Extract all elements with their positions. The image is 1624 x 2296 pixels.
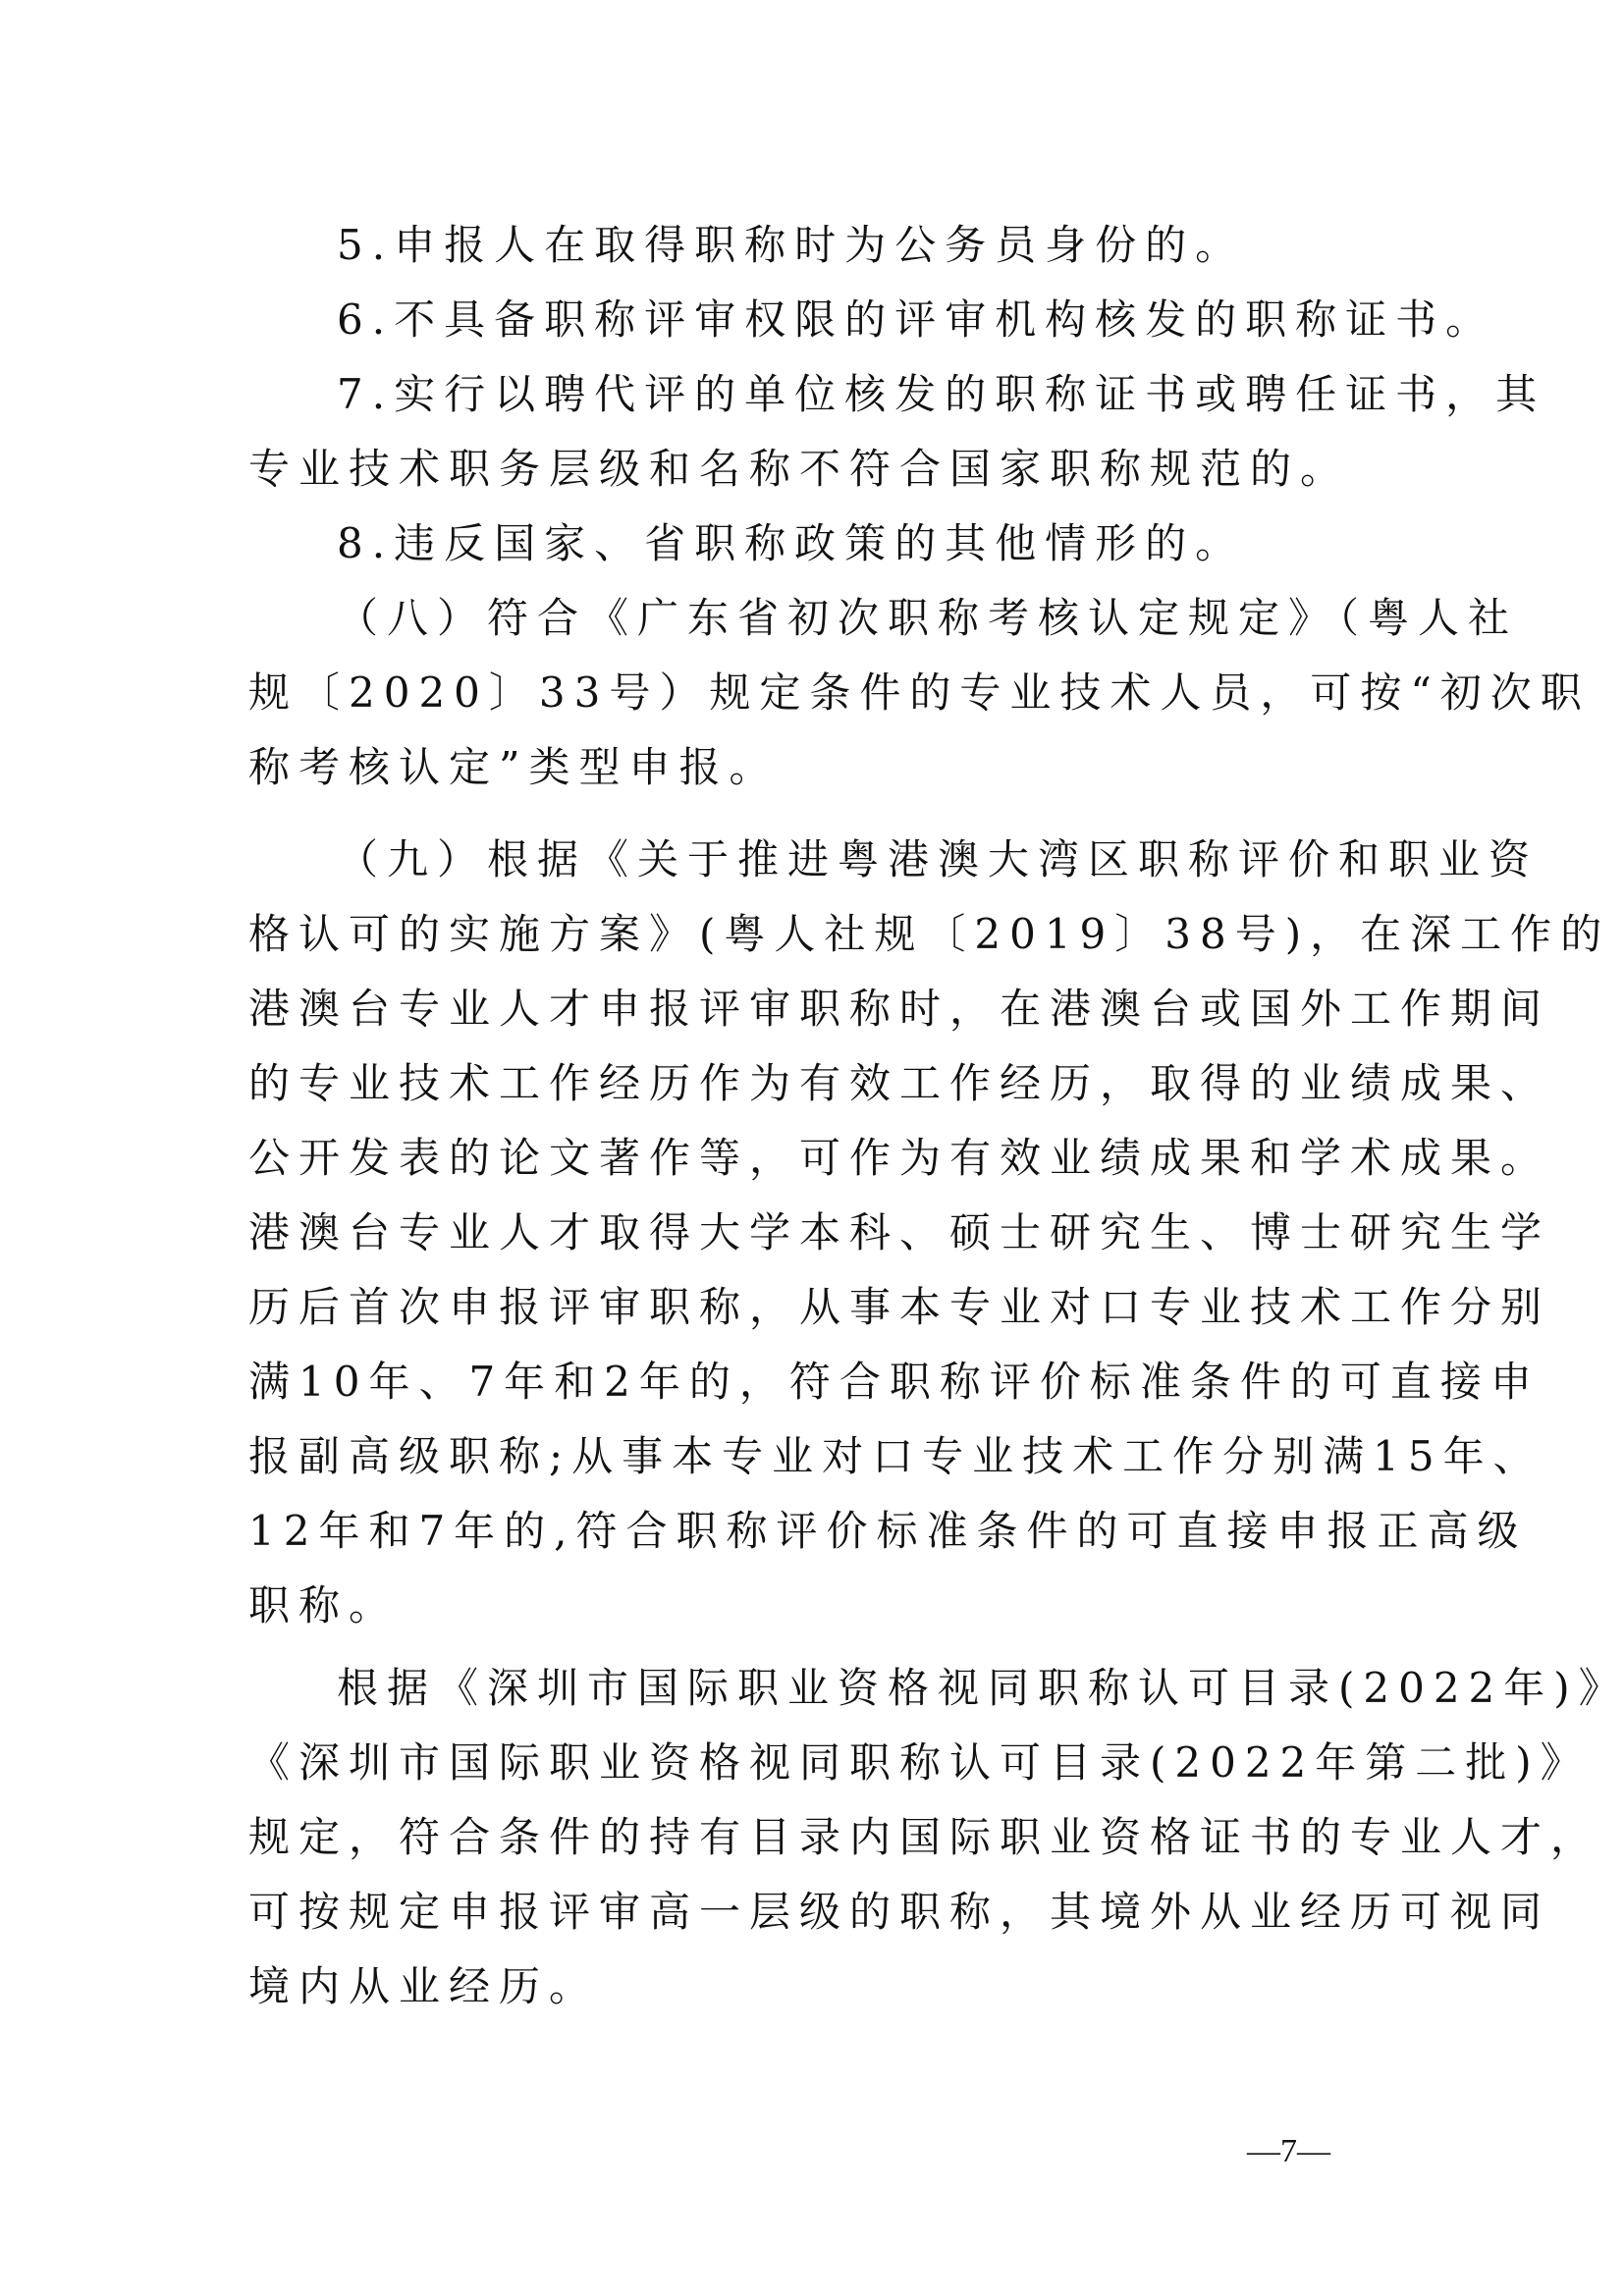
text-line-section-9-cont-2: 港澳台专业人才申报评审职称时，在港澳台或国外工作期间 — [248, 980, 1387, 1039]
text-line-item-7: 7.实行以聘代评的单位核发的职称证书或聘任证书，其 — [337, 365, 1476, 424]
text-line-section-9-cont-3: 的专业技术工作经历作为有效工作经历，取得的业绩成果、 — [248, 1054, 1387, 1113]
text-line-section-9-cont-6: 历后首次申报评审职称，从事本专业对口专业技术工作分别 — [248, 1278, 1387, 1337]
text-line-item-7-cont: 专业技术职务层级和名称不符合国家职称规范的。 — [248, 440, 1387, 499]
text-line-item-6: 6.不具备职称评审权限的评审机构核发的职称证书。 — [337, 291, 1476, 349]
text-line-section-9-cont-1: 格认可的实施方案》(粤人社规〔2019〕38号)，在深工作的 — [248, 905, 1387, 964]
page-number: —7— — [1247, 2132, 1330, 2171]
text-line-section-9-cont-4: 公开发表的论文著作等，可作为有效业绩成果和学术成果。 — [248, 1129, 1387, 1188]
text-line-shenzhen-directory-cont-3: 可按规定申报评审高一层级的职称，其境外从业经历可视同 — [248, 1883, 1387, 1942]
text-line-section-8-cont-2: 称考核认定”类型申报。 — [248, 738, 1387, 797]
text-line-shenzhen-directory: 根据《深圳市国际职业资格视同职称认可目录(2022年)》 — [337, 1659, 1476, 1718]
document-page: 5.申报人在取得职称时为公务员身份的。 6.不具备职称评审权限的评审机构核发的职… — [0, 0, 1624, 2296]
text-line-section-8: （八）符合《广东省初次职称考核认定规定》（粤人社 — [337, 589, 1476, 648]
text-line-section-9-cont-8: 报副高级职称;从事本专业对口专业技术工作分别满15年、 — [248, 1427, 1387, 1486]
text-line-section-9-cont-5: 港澳台专业人才取得大学本科、硕士研究生、博士研究生学 — [248, 1203, 1387, 1262]
text-line-item-5: 5.申报人在取得职称时为公务员身份的。 — [337, 216, 1476, 275]
text-line-shenzhen-directory-cont-2: 规定，符合条件的持有目录内国际职业资格证书的专业人才， — [248, 1808, 1387, 1867]
text-line-section-8-cont-1: 规〔2020〕33号）规定条件的专业技术人员，可按“初次职 — [248, 664, 1387, 722]
text-line-section-9: （九）根据《关于推进粤港澳大湾区职称评价和职业资 — [337, 830, 1476, 889]
text-line-shenzhen-directory-cont-4: 境内从业经历。 — [248, 1957, 1387, 2016]
text-line-item-8: 8.违反国家、省职称政策的其他情形的。 — [337, 514, 1476, 573]
text-line-section-9-cont-7: 满10年、7年和2年的，符合职称评价标准条件的可直接申 — [248, 1353, 1387, 1412]
text-line-section-9-cont-10: 职称。 — [248, 1576, 1387, 1635]
text-line-shenzhen-directory-cont-1: 《深圳市国际职业资格视同职称认可目录(2022年第二批)》 — [248, 1734, 1387, 1792]
text-line-section-9-cont-9: 12年和7年的,符合职称评价标准条件的可直接申报正高级 — [248, 1502, 1387, 1561]
